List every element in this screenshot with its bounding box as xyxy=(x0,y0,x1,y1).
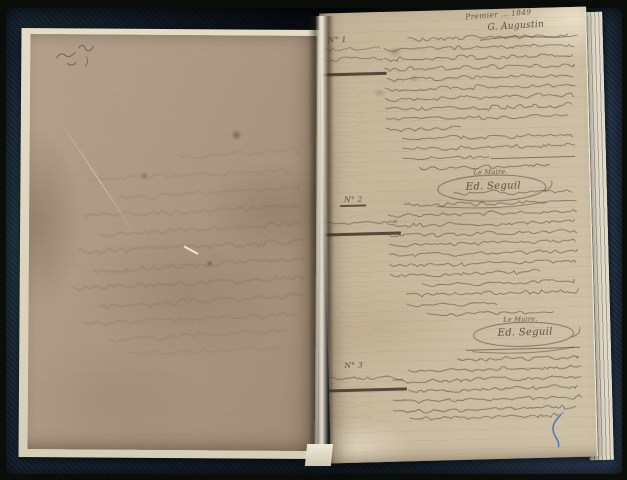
bleed-through-line xyxy=(324,169,364,184)
corner-ink-scribble xyxy=(52,36,112,70)
manuscript-entries: Premier … 1849 G. Augustin N° 1Le Maire.… xyxy=(319,7,597,464)
bleed-through-text xyxy=(28,34,318,451)
bleed-through-line xyxy=(329,339,371,354)
handwriting-line xyxy=(410,408,558,426)
signature-name: Ed. Seguil xyxy=(497,327,552,339)
signature-title: Le Maire. xyxy=(503,315,538,324)
left-page xyxy=(28,34,318,451)
bleed-through-line xyxy=(331,419,374,434)
bleed-through-line xyxy=(179,143,300,165)
book-scan: Premier … 1849 G. Augustin N° 1Le Maire.… xyxy=(0,0,627,480)
header-date: Premier … 1849 xyxy=(465,7,532,21)
right-page: Premier … 1849 G. Augustin N° 1Le Maire.… xyxy=(319,7,598,464)
signature-title: Le Maire. xyxy=(473,168,508,177)
page-edge-bottom xyxy=(305,444,333,466)
